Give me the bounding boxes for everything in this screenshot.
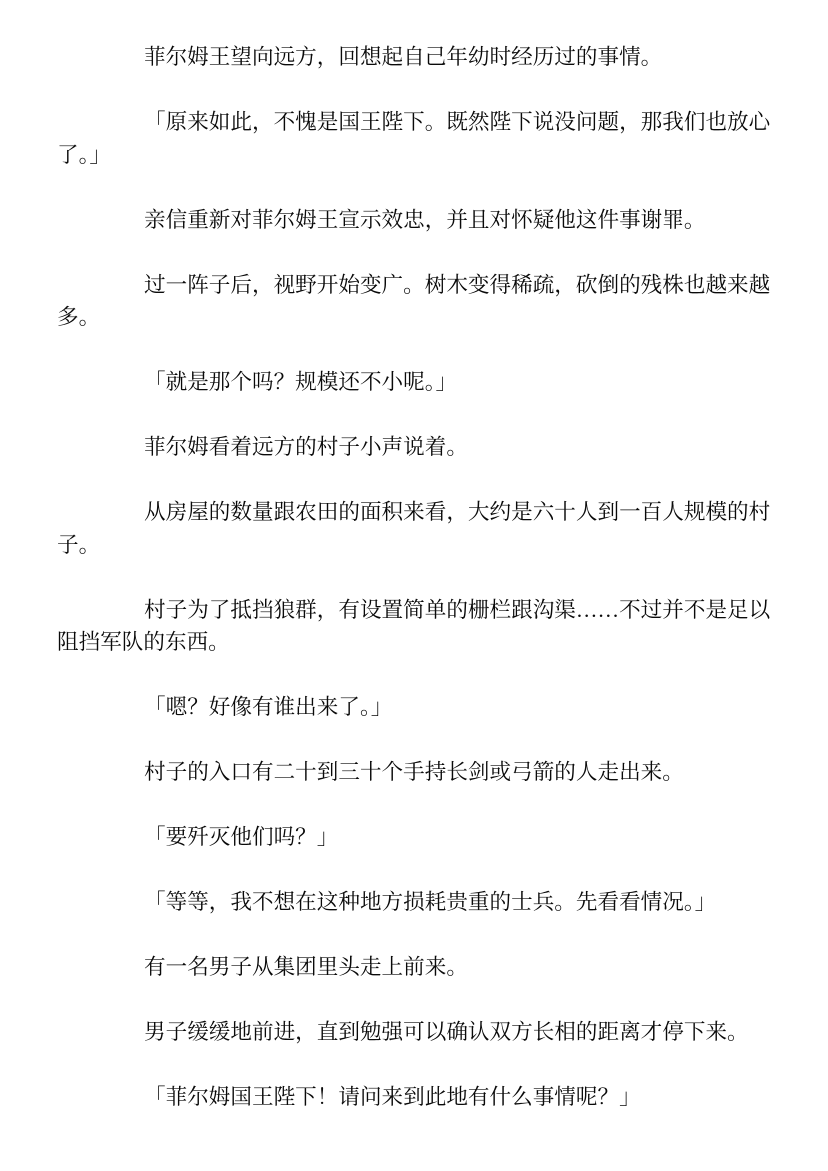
paragraph: 村子的入口有二十到三十个手持长剑或弓箭的人走出来。 xyxy=(57,756,774,789)
paragraph: 菲尔姆看着远方的村子小声说着。 xyxy=(57,431,774,464)
paragraph: 亲信重新对菲尔姆王宣示效忠，并且对怀疑他这件事谢罪。 xyxy=(57,204,774,237)
document-page: 菲尔姆王望向远方，回想起自己年幼时经历过的事情。 「原来如此，不愧是国王陛下。既… xyxy=(0,0,828,1171)
paragraph: 男子缓缓地前进，直到勉强可以确认双方长相的距离才停下来。 xyxy=(57,1016,774,1049)
paragraph: 「要歼灭他们吗？」 xyxy=(57,821,774,854)
paragraph: 村子为了抵挡狼群，有设置简单的栅栏跟沟渠……不过并不是足以阻挡军队的东西。 xyxy=(57,594,774,659)
paragraph: 「等等，我不想在这种地方损耗贵重的士兵。先看看情况。」 xyxy=(57,886,774,919)
paragraph: 「就是那个吗？规模还不小呢。」 xyxy=(57,366,774,399)
paragraph: 「菲尔姆国王陛下！请问来到此地有什么事情呢？」 xyxy=(57,1081,774,1114)
paragraph: 有一名男子从集团里头走上前来。 xyxy=(57,951,774,984)
paragraph: 「嗯？好像有谁出来了。」 xyxy=(57,691,774,724)
paragraph: 过一阵子后，视野开始变广。树木变得稀疏，砍倒的残株也越来越多。 xyxy=(57,269,774,334)
paragraph: 菲尔姆王望向远方，回想起自己年幼时经历过的事情。 xyxy=(57,41,774,74)
paragraph: 从房屋的数量跟农田的面积来看，大约是六十人到一百人规模的村子。 xyxy=(57,496,774,561)
paragraph: 「原来如此，不愧是国王陛下。既然陛下说没问题，那我们也放心了。」 xyxy=(57,106,774,171)
